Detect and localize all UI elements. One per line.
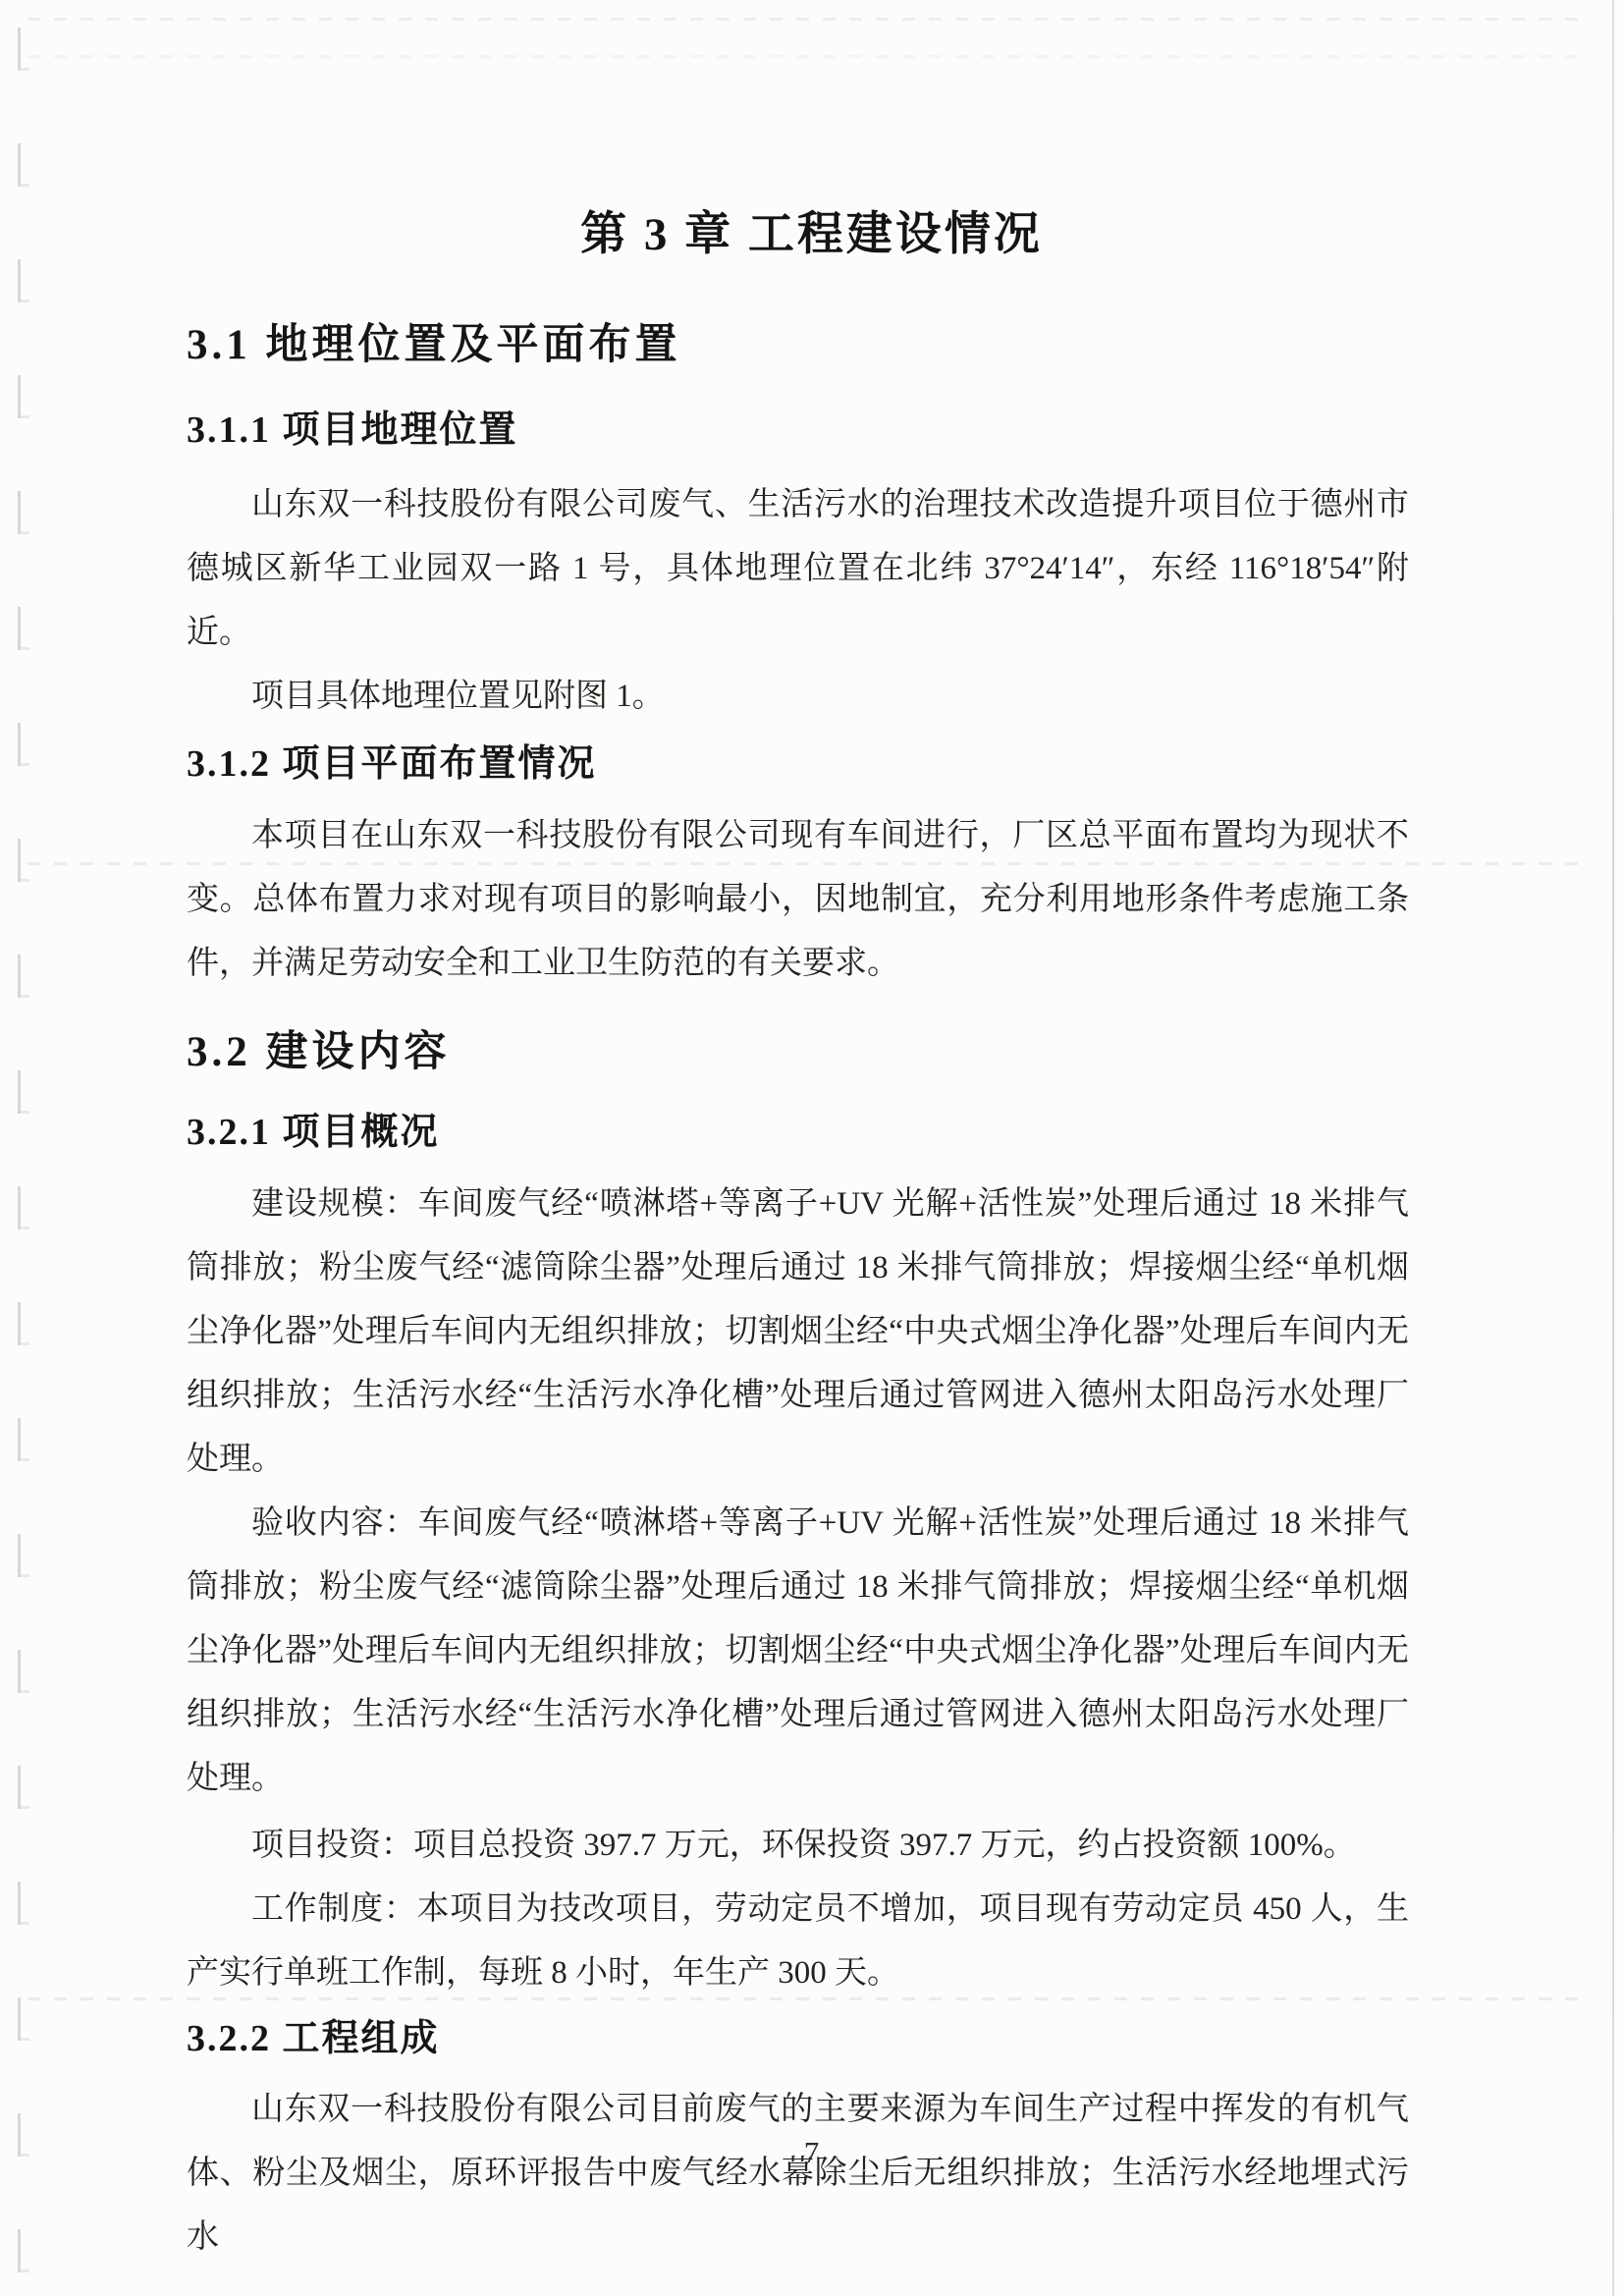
document-body: 第 3 章 工程建设情况 3.1 地理位置及平面布置 3.1.1 项目地理位置 … (187, 0, 1409, 2269)
binding-marks-hooks (21, 27, 29, 2284)
page-number: 7 (0, 2133, 1623, 2172)
paragraph-project-composition: 山东双一科技股份有限公司目前废气的主要来源为车间生产过程中挥发的有机气体、粉尘及… (187, 2078, 1409, 2269)
page-edge-line (1612, 0, 1614, 2296)
paragraph-project-investment: 项目投资：项目总投资 397.7 万元，环保投资 397.7 万元，约占投资额 … (187, 1814, 1409, 1878)
section-heading-3-2-1: 3.2.1 项目概况 (187, 1110, 1409, 1155)
section-heading-3-1-1: 3.1.1 项目地理位置 (187, 408, 1409, 453)
chapter-title: 第 3 章 工程建设情况 (200, 208, 1423, 261)
paragraph-project-location: 山东双一科技股份有限公司废气、生活污水的治理技术改造提升项目位于德州市德城区新华… (187, 473, 1409, 665)
scanned-document-page: 第 3 章 工程建设情况 3.1 地理位置及平面布置 3.1.1 项目地理位置 … (0, 0, 1623, 2296)
section-heading-3-1-2: 3.1.2 项目平面布置情况 (187, 741, 1409, 787)
paragraph-construction-scale: 建设规模：车间废气经“喷淋塔+等离子+UV 光解+活性炭”处理后通过 18 米排… (187, 1173, 1409, 1492)
section-heading-3-2: 3.2 建设内容 (187, 1028, 1409, 1077)
paragraph-work-system: 工作制度：本项目为技改项目，劳动定员不增加，项目现有劳动定员 450 人，生产实… (187, 1878, 1409, 2005)
paragraph-plant-layout: 本项目在山东双一科技股份有限公司现有车间进行，厂区总平面布置均为现状不变。总体布… (187, 804, 1409, 996)
section-heading-3-1: 3.1 地理位置及平面布置 (187, 321, 1409, 370)
paragraph-acceptance-content: 验收内容：车间废气经“喷淋塔+等离子+UV 光解+活性炭”处理后通过 18 米排… (187, 1492, 1409, 1811)
paragraph-location-figure-ref: 项目具体地理位置见附图 1。 (187, 665, 1409, 729)
section-heading-3-2-2: 3.2.2 工程组成 (187, 2016, 1409, 2061)
